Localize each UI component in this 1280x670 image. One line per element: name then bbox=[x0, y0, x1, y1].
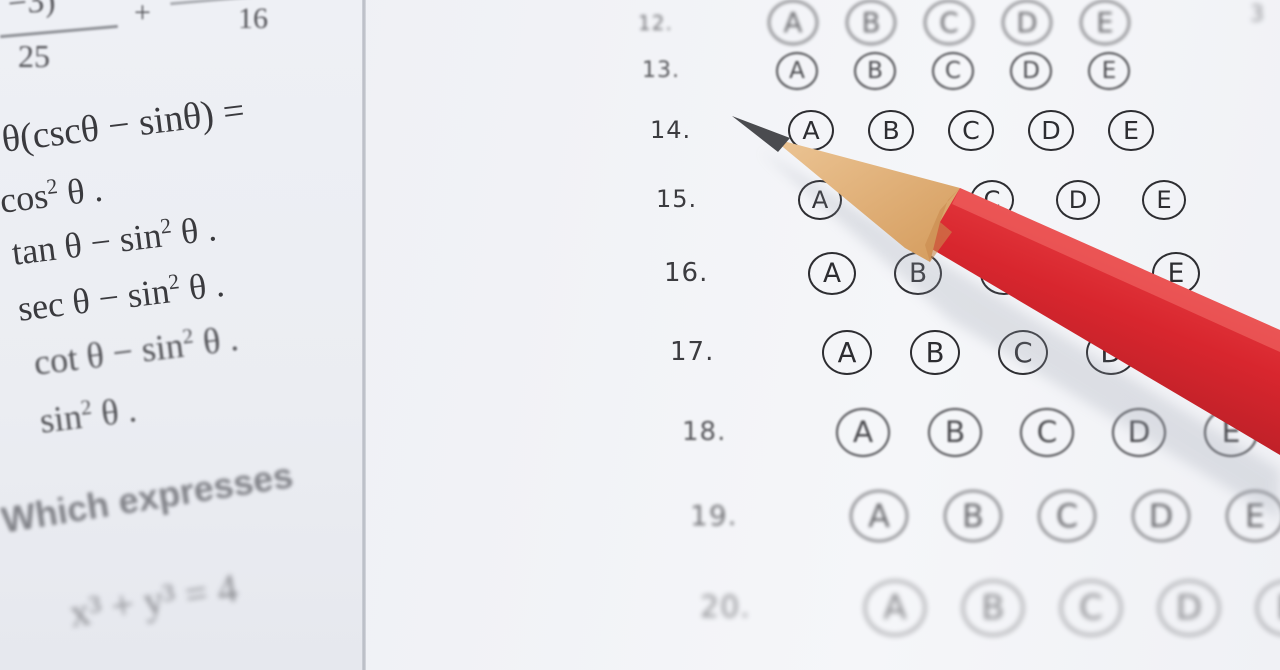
fraction-numerator: −3) bbox=[6, 0, 57, 24]
worksheet-line-1: θ(cscθ − sinθ) = bbox=[0, 88, 247, 161]
answer-bubble-d[interactable]: D bbox=[1028, 110, 1074, 151]
answer-bubble-c[interactable]: C bbox=[998, 330, 1048, 375]
question-number: 19. bbox=[690, 499, 738, 532]
worksheet-equation: x³ + y³ = 4 bbox=[66, 564, 240, 637]
answer-bubble-b[interactable]: B bbox=[894, 252, 942, 295]
worksheet-line-6: sin2 θ . bbox=[37, 388, 138, 442]
answer-bubble-e[interactable]: E bbox=[1142, 180, 1186, 220]
answer-bubble-e[interactable]: E bbox=[1152, 252, 1200, 295]
question-number: 12. bbox=[638, 11, 673, 35]
answer-bubble-a[interactable]: A bbox=[850, 490, 908, 542]
answer-bubble-d[interactable]: D bbox=[1086, 330, 1136, 375]
question-number: 15. bbox=[656, 185, 697, 213]
fraction-bar bbox=[0, 25, 118, 38]
answer-bubble-d[interactable]: D bbox=[1010, 52, 1052, 90]
answer-bubble-e[interactable]: E bbox=[1088, 52, 1130, 90]
answer-bubble-b[interactable]: B bbox=[846, 0, 896, 45]
answer-bubble-c[interactable]: C bbox=[970, 180, 1014, 220]
answer-bubble-c[interactable]: C bbox=[924, 0, 974, 45]
answer-bubble-b[interactable]: B bbox=[884, 180, 928, 220]
answer-bubble-a[interactable]: A bbox=[798, 180, 842, 220]
answer-bubble-b[interactable]: B bbox=[928, 408, 982, 457]
answer-bubble-b[interactable]: B bbox=[962, 580, 1024, 636]
fraction-plus: + bbox=[134, 0, 151, 30]
question-number: 17. bbox=[670, 337, 714, 367]
answer-bubble-e[interactable]: E bbox=[1226, 490, 1280, 542]
worksheet-line-4: sec θ − sin2 θ . bbox=[15, 263, 226, 330]
answer-bubble-b[interactable]: B bbox=[854, 52, 896, 90]
fraction-denominator-right: 16 bbox=[238, 2, 268, 36]
answer-bubble-b[interactable]: B bbox=[910, 330, 960, 375]
answer-bubble-c[interactable]: C bbox=[1020, 408, 1074, 457]
answer-bubble-c[interactable]: C bbox=[932, 52, 974, 90]
answer-bubble-e[interactable]: E bbox=[1204, 408, 1258, 457]
answer-bubble-a[interactable]: A bbox=[864, 580, 926, 636]
answer-bubble-d[interactable]: D bbox=[1132, 490, 1190, 542]
photo-scene: −3) + 16 25 θ(cscθ − sinθ) = cos2 θ . ta… bbox=[0, 0, 1280, 670]
answer-bubble-e[interactable]: E bbox=[1256, 580, 1280, 636]
answer-bubble-e[interactable]: E bbox=[1108, 110, 1154, 151]
answer-bubble-e[interactable]: E bbox=[1080, 0, 1130, 45]
question-number: 18. bbox=[682, 417, 726, 447]
answer-bubble-c[interactable]: C bbox=[948, 110, 994, 151]
next-column-number: 3 bbox=[1250, 2, 1265, 27]
answer-bubble-a[interactable]: A bbox=[768, 0, 818, 45]
answer-bubble-b[interactable]: B bbox=[868, 110, 914, 151]
question-number: 13. bbox=[642, 58, 680, 83]
bubble-answer-sheet: 12.ABCDE13.ABCDE14.ABCDE15.ABCDE16.ABCDE… bbox=[366, 0, 1280, 670]
answer-bubble-b[interactable]: B bbox=[944, 490, 1002, 542]
question-number: 20. bbox=[700, 590, 751, 625]
answer-bubble-c[interactable]: C bbox=[1038, 490, 1096, 542]
answer-bubble-a[interactable]: A bbox=[788, 110, 834, 151]
answer-bubble-d[interactable]: D bbox=[1002, 0, 1052, 45]
answer-bubble-a[interactable]: A bbox=[836, 408, 890, 457]
trig-worksheet: −3) + 16 25 θ(cscθ − sinθ) = cos2 θ . ta… bbox=[0, 0, 366, 670]
question-number: 14. bbox=[650, 116, 691, 144]
answer-bubble-d[interactable]: D bbox=[1158, 580, 1220, 636]
answer-bubble-d[interactable]: D bbox=[1066, 252, 1114, 295]
fraction-denominator-left: 25 bbox=[18, 38, 50, 75]
answer-bubble-d[interactable]: D bbox=[1056, 180, 1100, 220]
worksheet-line-2: cos2 θ . bbox=[0, 168, 105, 222]
answer-bubble-a[interactable]: A bbox=[808, 252, 856, 295]
answer-bubble-e[interactable]: E bbox=[1174, 330, 1224, 375]
worksheet-question-text: Which expresses bbox=[0, 454, 296, 541]
answer-bubble-c[interactable]: C bbox=[980, 252, 1028, 295]
question-number: 16. bbox=[664, 258, 708, 288]
answer-bubble-a[interactable]: A bbox=[776, 52, 818, 90]
answer-bubble-c[interactable]: C bbox=[1060, 580, 1122, 636]
worksheet-line-5: cot θ − sin2 θ . bbox=[31, 317, 240, 384]
answer-bubble-d[interactable]: D bbox=[1112, 408, 1166, 457]
answer-bubble-a[interactable]: A bbox=[822, 330, 872, 375]
